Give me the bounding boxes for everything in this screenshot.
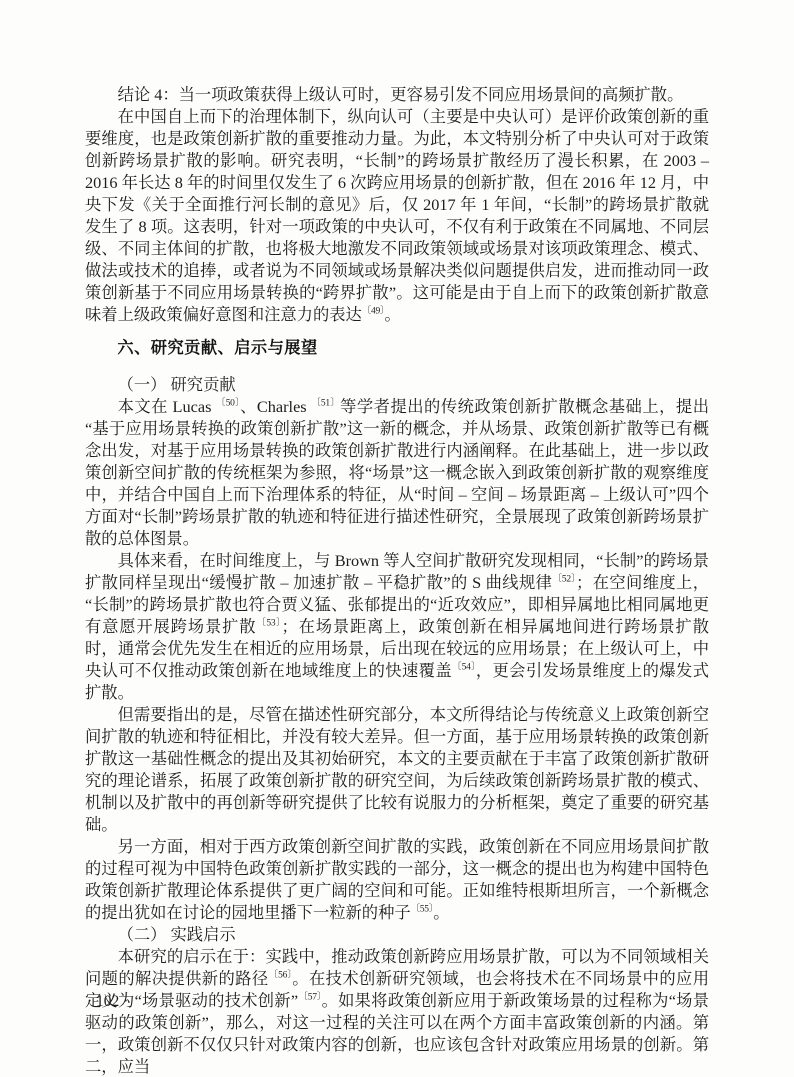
subheading: （一） 研究贡献 [85,374,709,396]
page-footer: · 102 · [87,993,128,1011]
page-number: · 102 · [87,993,128,1010]
paragraph: 结论 4：当一项政策获得上级认可时，更容易引发不同应用场景间的高频扩散。 [85,84,709,106]
citation-ref: 〔51〕 [311,399,340,409]
subheading: （二） 实践启示 [85,924,709,946]
citation-ref: 〔53〕 [256,619,281,629]
paragraph: 但需要指出的是，尽管在描述性研究部分，本文所得结论与传统意义上政策创新空间扩散的… [85,704,709,836]
paragraph: 具体来看，在时间维度上，与 Brown 等人空间扩散研究发现相同，“长制”的跨场… [85,550,709,704]
citation-ref: 〔56〕 [269,971,293,981]
paragraph: 本研究的启示在于：实践中，推动政策创新跨应用场景扩散，可以为不同领域相关问题的解… [85,946,709,1077]
citation-ref: 〔57〕 [298,993,322,1003]
paragraph: 在中国自上而下的治理体制下，纵向认可（主要是中央认可）是评价政策创新的重要维度，… [85,106,709,326]
heading: 六、研究贡献、启示与展望 [85,337,709,359]
citation-ref: 〔52〕 [552,575,576,585]
paragraph: 本文在 Lucas 〔50〕、Charles 〔51〕等学者提出的传统政策创新扩… [85,396,709,550]
citation-ref: 〔55〕 [411,905,434,915]
citation-ref: 〔49〕 [362,307,385,317]
citation-ref: 〔54〕 [452,663,476,673]
document-body: 结论 4：当一项政策获得上级认可时，更容易引发不同应用场景间的高频扩散。在中国自… [85,84,709,1077]
paragraph: 另一方面，相对于西方政策创新空间扩散的实践，政策创新在不同应用场景间扩散的过程可… [85,836,709,924]
citation-ref: 〔50〕 [216,399,240,409]
document-page: 结论 4：当一项政策获得上级认可时，更容易引发不同应用场景间的高频扩散。在中国自… [0,0,794,1077]
